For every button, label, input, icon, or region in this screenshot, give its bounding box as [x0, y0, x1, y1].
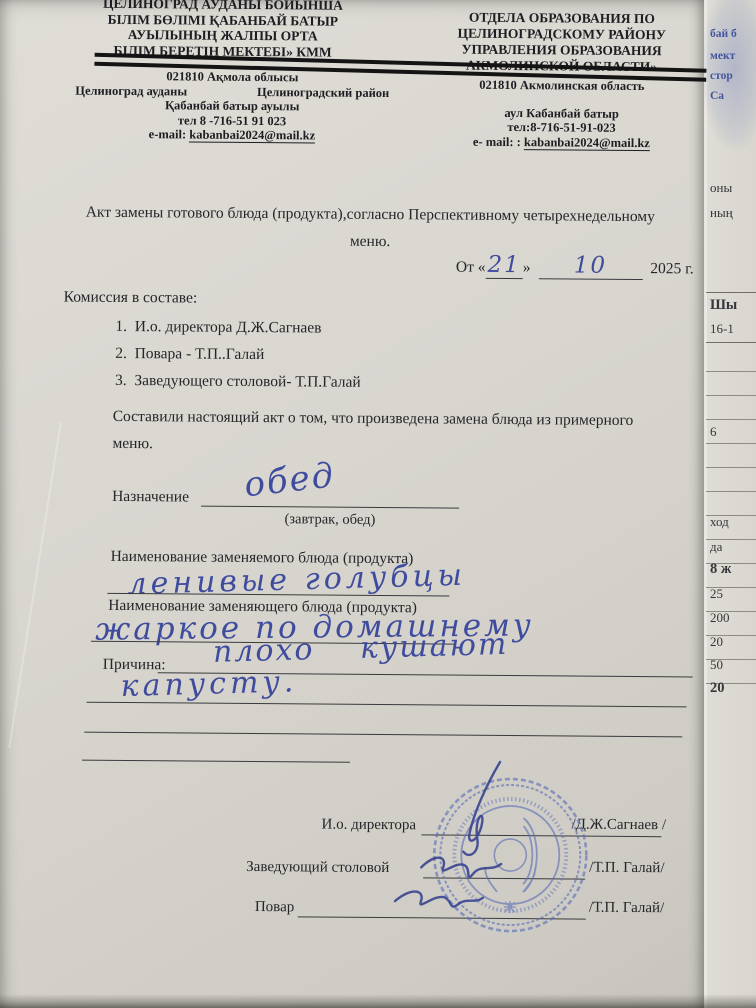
side-page-fragment: Шы — [710, 297, 737, 314]
commission-item: 1. И.о. директора Д.Ж.Сагнаев — [115, 318, 321, 338]
reason-line-3 — [84, 731, 682, 738]
document-title: Акт замены готового блюда (продукта),сог… — [70, 199, 670, 258]
commission-label: Комиссия в составе: — [64, 289, 198, 308]
item-number: 1. — [115, 318, 127, 335]
purpose-line — [201, 505, 459, 509]
side-page-fragment: 50 — [710, 657, 723, 673]
email-line-right: e- mail: : kabanbai2024@mail.kz — [414, 134, 709, 151]
item-number: 3. — [115, 372, 127, 389]
side-page-fragment: 6 — [710, 424, 717, 440]
side-page-fragment: 20 — [710, 634, 723, 650]
date-prefix: От « — [456, 259, 486, 276]
side-page-fragment: мект — [710, 50, 735, 62]
side-rule — [706, 292, 756, 293]
side-page-fragment: 20 — [710, 680, 725, 697]
date-close-quote: » — [523, 259, 531, 276]
side-page-fragment: 200 — [710, 610, 730, 626]
commission-item: 2. Повара - Т.П..Галай — [115, 345, 264, 364]
purpose-label: Назначение — [112, 488, 189, 507]
email-address: kabanbai2024@mail.kz — [524, 135, 650, 151]
letterhead-kazakh: ЦЕЛИНОГРАД АУДАНЫ БОЙЫНША БІЛІМ БӨЛІМІ Қ… — [58, 0, 388, 60]
side-page-fragment: да — [710, 539, 722, 555]
commission-item: 3. Заведующего столовой- Т.П.Галай — [115, 372, 361, 392]
side-page-fragment: ход — [710, 514, 729, 530]
side-page-fragment: оны — [710, 180, 732, 196]
item-text: Повара - Т.П..Галай — [135, 345, 265, 363]
side-page-fragment: стор — [710, 70, 733, 82]
letterhead-line: ЦЕЛИНОГРАДСКОМУ РАЙОНУ — [412, 25, 712, 43]
purpose-hint: (завтрак, обед) — [201, 511, 459, 530]
stamp-and-signatures — [372, 755, 694, 968]
email-line-left: e-mail: kabanbai2024@mail.kz — [67, 127, 397, 144]
letterhead-line: БІЛІМ БӨЛІМІ ҚАБАНБАЙ БАТЫР — [58, 11, 388, 29]
side-page-fragment: бай б — [710, 28, 737, 40]
date-month-handwritten: 10 — [538, 252, 642, 280]
photo-bottom-shadow — [0, 994, 756, 1008]
reason-line-2 — [86, 701, 686, 708]
round-stamp-icon — [434, 778, 587, 931]
act-statement: Составили настоящий акт о том, что произ… — [112, 403, 662, 461]
document-page: ЦЕЛИНОГРАД АУДАНЫ БОЙЫНША БІЛІМ БӨЛІМІ Қ… — [0, 0, 704, 1008]
side-page-fragment: 25 — [710, 586, 723, 602]
date-day-handwritten: 21 — [485, 252, 522, 279]
item-number: 2. — [115, 345, 127, 362]
document-photo: бай бмектсторСаоныныңШы16-16ходда8 ж2520… — [0, 0, 756, 1008]
contact-block-left: 021810 Ақмола облысы Целиноград ауданы Ц… — [67, 69, 398, 144]
district-ru: Целиноградский район — [257, 85, 389, 101]
district-kk: Целиноград ауданы — [75, 83, 187, 98]
date-line: От «21» 10 2025 г. — [456, 252, 694, 281]
reason-value-line1-handwritten: плохо кушают — [212, 627, 508, 670]
email-label: e-mail: — [149, 127, 190, 141]
reason-line-4 — [82, 759, 350, 763]
contact-block-right: 021810 Акмолинская область аул Кабанбай … — [414, 77, 710, 150]
district-line: Целиноград ауданы Целиноградский район — [67, 83, 397, 100]
side-page-fragment: 16-1 — [710, 321, 734, 337]
email-address: kabanbai2024@mail.kz — [189, 127, 315, 143]
email-label: e- mail: : — [473, 134, 524, 148]
document-content: ЦЕЛИНОГРАД АУДАНЫ БОЙЫНША БІЛІМ БӨЛІМІ Қ… — [0, 0, 704, 1008]
purpose-value-handwritten: обед — [242, 455, 337, 505]
side-rule — [706, 342, 756, 343]
side-page-fragment: ның — [710, 205, 733, 221]
date-year: 2025 г. — [650, 260, 693, 277]
side-page-fragment: Са — [710, 90, 724, 102]
item-text: Заведующего столовой- Т.П.Галай — [134, 372, 360, 391]
reason-value-line2-handwritten: капусту. — [120, 664, 298, 704]
item-text: И.о. директора Д.Ж.Сагнаев — [135, 318, 322, 336]
side-page-fragment: 8 ж — [710, 561, 731, 578]
signature-role-canteen-manager: Заведующий столовой — [246, 859, 389, 877]
background-page-strip: бай бмектсторСаоныныңШы16-16ходда8 ж2520… — [698, 0, 756, 1008]
signature-role-cook: Повар — [255, 899, 295, 916]
